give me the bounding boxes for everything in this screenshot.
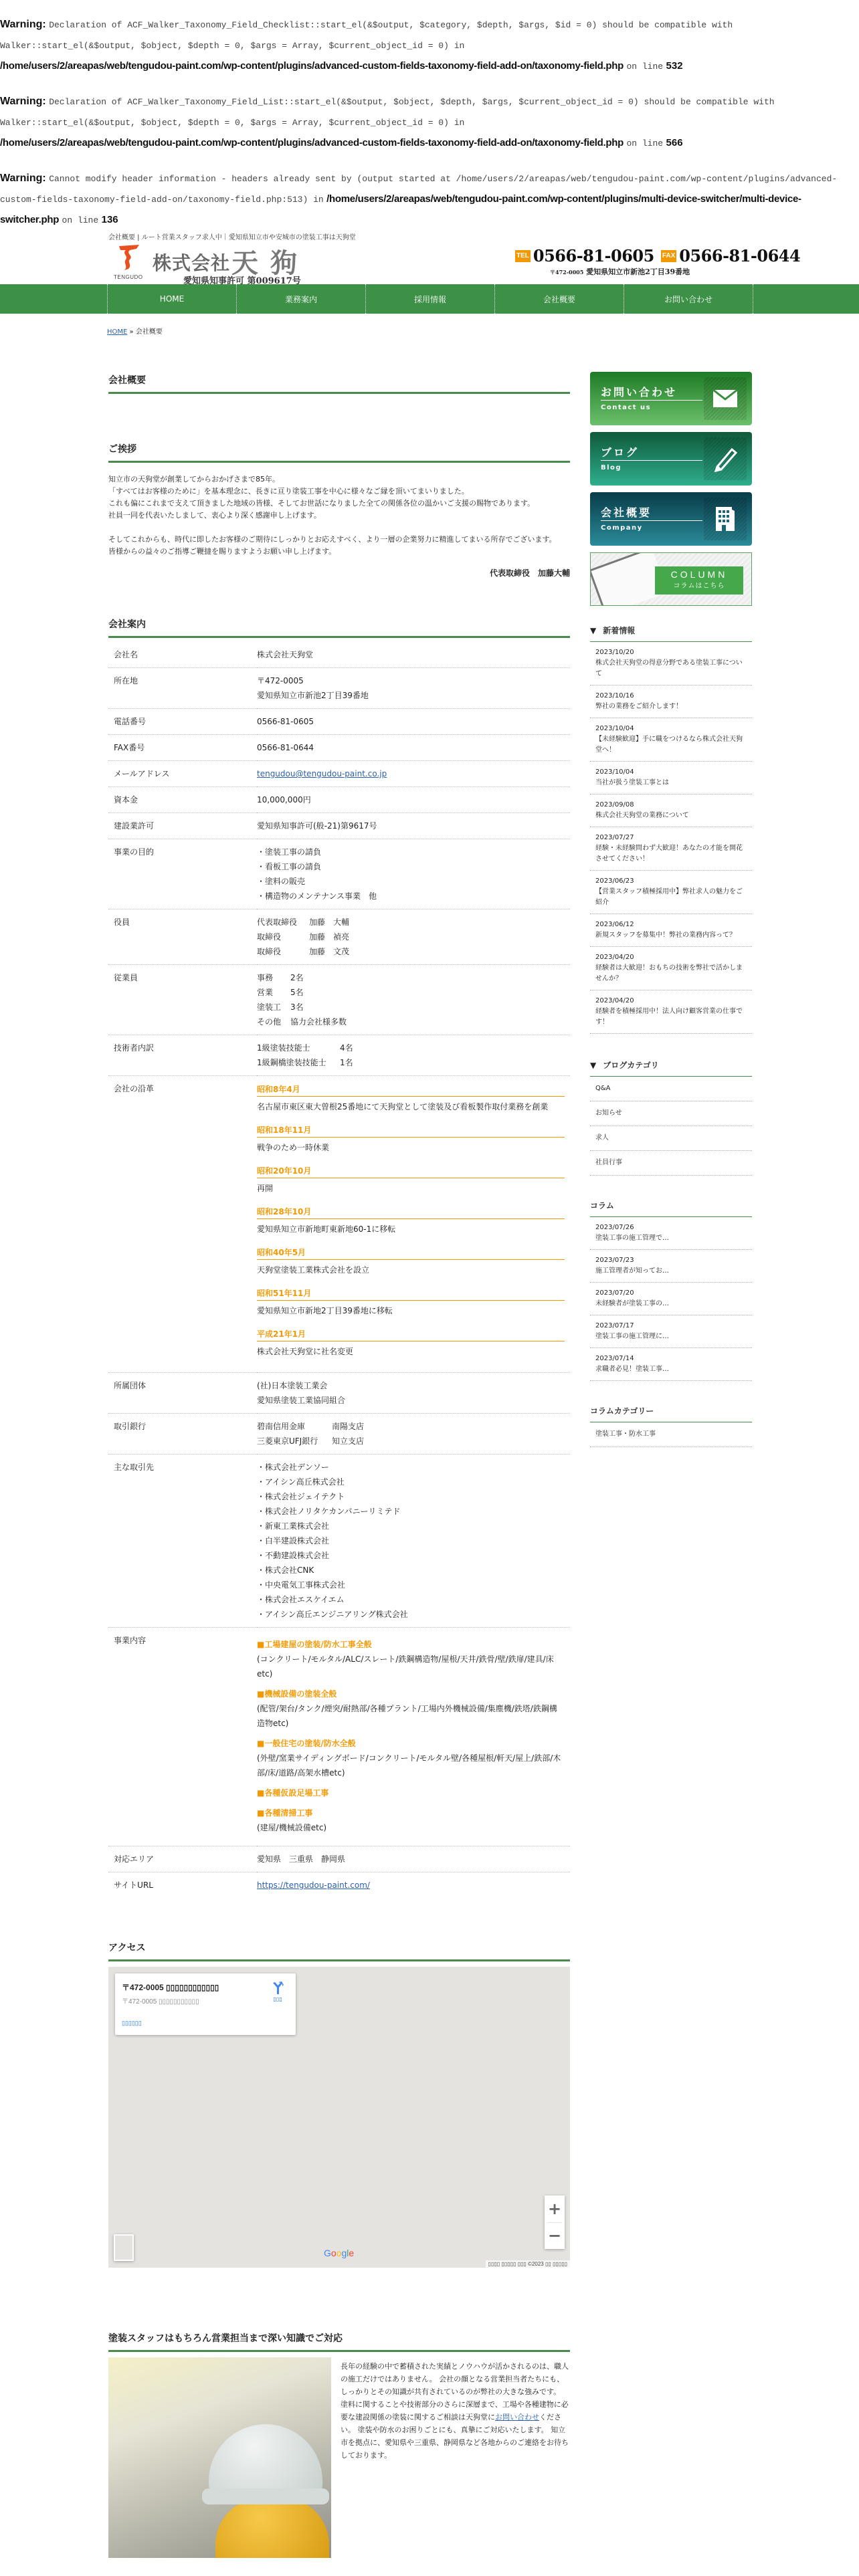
- column-item[interactable]: 2023/07/26塗装工事の施工管理で…: [590, 1217, 752, 1250]
- global-nav: HOME 業務案内 採用情報 会社概要 お問い合わせ: [0, 284, 859, 314]
- map-zoom-controls: + −: [545, 2195, 565, 2249]
- directions-button[interactable]: ▯▯▯: [268, 1981, 288, 2002]
- table-row: FAX番号 0566-81-0644: [108, 735, 570, 761]
- breadcrumb-home[interactable]: HOME: [107, 328, 127, 336]
- building-icon: [704, 498, 747, 540]
- sidebar: お問い合わせ Contact us ブログ Blog 会社概要 Company …: [590, 372, 752, 1447]
- helmet-photo: [108, 2357, 331, 2558]
- header-address: 〒472-0005 愛知県知立市新池2丁目39番地: [550, 266, 753, 277]
- news-item[interactable]: 2023/04/20経験者を積極採用中！法人向け顧客営業の仕事です！: [590, 990, 752, 1034]
- category-item[interactable]: Q&A: [590, 1077, 752, 1101]
- triangle-down-icon: ▼: [590, 626, 596, 635]
- staff-title: 塗装スタッフはもちろん営業担当まで深い知識でご対応: [108, 2331, 570, 2352]
- map-type-toggle[interactable]: [114, 2234, 134, 2261]
- google-map[interactable]: 〒472-0005 ▯▯▯▯▯▯▯▯▯▯▯▯ 〒472-0005 ▯▯▯▯▯▯▯…: [108, 1967, 570, 2268]
- staff-description: 長年の経験の中で蓄積された実績とノウハウが活かされるのは、職人の施工だけではあり…: [341, 2357, 570, 2558]
- column-item[interactable]: 2023/07/14求職者必見！塗装工事…: [590, 1348, 752, 1381]
- column-widget: コラム 2023/07/26塗装工事の施工管理で… 2023/07/23施工管理…: [590, 1196, 752, 1381]
- category-item[interactable]: 求人: [590, 1126, 752, 1151]
- php-warning: Warning: Cannot modify header informatio…: [0, 169, 859, 231]
- table-row: 取引銀行 碧南信用金庫南陽支店 三菱東京UFJ銀行知立支店: [108, 1414, 570, 1455]
- nav-home[interactable]: HOME: [107, 284, 236, 314]
- table-row: 主な取引先 ・株式会社デンソー ・アイシン高丘株式会社 ・株式会社ジェイテクト …: [108, 1455, 570, 1628]
- site-logo[interactable]: TENGUDO 株式会社 天狗堂 愛知県知事許可 第009617号: [110, 242, 337, 282]
- tel-badge: TEL: [515, 250, 531, 262]
- access-section: アクセス 〒472-0005 ▯▯▯▯▯▯▯▯▯▯▯▯ 〒472-0005 ▯▯…: [108, 1941, 570, 2268]
- greeting-body: 知立市の天狗堂が創業してからおかげさまで85年。 「すべてはお客様のために」を基…: [108, 473, 570, 558]
- pencil-icon: [704, 437, 747, 480]
- company-info-section: 会社案内 会社名 株式会社天狗堂 所在地 〒472-0005 愛知県知立市新池2…: [108, 617, 570, 1898]
- company-info-title: 会社案内: [108, 617, 570, 638]
- column-item[interactable]: 2023/07/17塗装工事の施工管理に…: [590, 1315, 752, 1348]
- column-categories-widget: コラムカテゴリー 塗装工事・防水工事: [590, 1401, 752, 1447]
- category-item[interactable]: お知らせ: [590, 1101, 752, 1126]
- staff-section: 塗装スタッフはもちろん営業担当まで深い知識でご対応 長年の経験の中で蓄積された実…: [108, 2331, 570, 2558]
- zoom-out-button[interactable]: −: [545, 2222, 565, 2249]
- greeting-title: ご挨拶: [108, 442, 570, 463]
- table-row: メールアドレス tengudou@tengudou-paint.co.jp: [108, 761, 570, 787]
- site-header: 会社概要 | ルート営業スタッフ求人中｜愛知県知立市や安城市の塗装工事は天狗堂 …: [107, 227, 753, 288]
- nav-services[interactable]: 業務案内: [236, 284, 365, 314]
- map-attribution: ▯▯▯▯ ▯▯▯▯▯ ▯▯▯ ©2023 ▯▯ ▯▯▯▯▯: [486, 2260, 570, 2268]
- main-content: 会社概要 ご挨拶 知立市の天狗堂が創業してからおかげさまで85年。 「すべてはお…: [108, 373, 570, 2558]
- news-item[interactable]: 2023/06/12新規スタッフを募集中！弊社の業務内容って？: [590, 914, 752, 947]
- page-title: 会社概要: [108, 373, 570, 394]
- column-item[interactable]: 2023/07/23施工管理者が知ってお…: [590, 1250, 752, 1283]
- table-row: 従業員 事務2名 営業5名 塗装工3名 その他協力会社様多数: [108, 965, 570, 1035]
- news-item[interactable]: 2023/10/04当社が扱う塗装工事とは: [590, 762, 752, 794]
- column-item[interactable]: 2023/07/20未経験者が塗装工事の…: [590, 1283, 752, 1315]
- zoom-in-button[interactable]: +: [545, 2195, 565, 2222]
- company-info-table: 会社名 株式会社天狗堂 所在地 〒472-0005 愛知県知立市新池2丁目39番…: [108, 642, 570, 1898]
- category-item[interactable]: 社員行事: [590, 1151, 752, 1176]
- category-item[interactable]: 塗装工事・防水工事: [590, 1422, 752, 1447]
- php-warnings: Warning: Declaration of ACF_Walker_Taxon…: [0, 15, 859, 245]
- table-row: 対応エリア 愛知県 三重県 静岡県: [108, 1846, 570, 1872]
- php-warning: Warning: Declaration of ACF_Walker_Taxon…: [0, 15, 859, 77]
- business-list: ■工場建屋の塗装/防水工事全般 (コンクリート/モルタル/ALC/スレート/鉄鋼…: [257, 1628, 570, 1846]
- greeting-signature: 代表取締役 加藤大輔: [108, 567, 570, 578]
- table-row: 資本金 10,000,000円: [108, 787, 570, 813]
- header-contact: TEL 0566-81-0605 FAX 0566-81-0644 〒472-0…: [515, 246, 753, 277]
- nav-recruit[interactable]: 採用情報: [365, 284, 494, 314]
- history-list: 昭和8年4月名古屋市東区東大曽根25番地にて天狗堂として塗装及び看板製作取付業務…: [257, 1076, 570, 1373]
- news-item[interactable]: 2023/06/23【営業スタッフ積極採用中】弊社求人の魅力をご紹介: [590, 871, 752, 914]
- table-row: 会社の沿革 昭和8年4月名古屋市東区東大曽根25番地にて天狗堂として塗装及び看板…: [108, 1076, 570, 1373]
- nav-company[interactable]: 会社概要: [494, 284, 624, 314]
- news-item[interactable]: 2023/10/20株式会社天狗堂の得意分野である塗装工事について: [590, 642, 752, 685]
- site-url-link[interactable]: https://tengudou-paint.com/: [257, 1881, 370, 1890]
- news-item[interactable]: 2023/09/08株式会社天狗堂の業務について: [590, 794, 752, 827]
- table-row: 会社名 株式会社天狗堂: [108, 642, 570, 668]
- blog-banner[interactable]: ブログ Blog: [590, 432, 752, 486]
- company-banner[interactable]: 会社概要 Company: [590, 492, 752, 546]
- envelope-icon: [704, 377, 747, 420]
- table-row: サイトURL https://tengudou-paint.com/: [108, 1872, 570, 1899]
- map-larger-link[interactable]: ▯▯▯▯▯▯: [122, 2020, 142, 2027]
- greeting-section: ご挨拶 知立市の天狗堂が創業してからおかげさまで85年。 「すべてはお客様のため…: [108, 442, 570, 578]
- table-row: 所属団体 (社)日本塗装工業会 愛知県塗装工業協同組合: [108, 1373, 570, 1414]
- contact-inline-link[interactable]: お問い合わせ: [495, 2413, 539, 2422]
- news-item[interactable]: 2023/04/20経験者は大歓迎！おもちの技術を弊社で活かしませんか？: [590, 947, 752, 990]
- php-warning: Warning: Declaration of ACF_Walker_Taxon…: [0, 92, 859, 154]
- news-item[interactable]: 2023/10/04【未経験歓迎】手に職をつけるなら株式会社天狗堂へ！: [590, 718, 752, 762]
- table-row: 役員 代表取締役加藤 大輔 取締役加藤 禎亮 取締役加藤 文茂: [108, 909, 570, 965]
- breadcrumb-current: 会社概要: [136, 328, 163, 336]
- breadcrumb: HOME » 会社概要: [107, 326, 163, 336]
- news-widget: ▼新着情報 2023/10/20株式会社天狗堂の得意分野である塗装工事について …: [590, 621, 752, 1034]
- header-tel[interactable]: 0566-81-0605: [533, 246, 654, 265]
- access-title: アクセス: [108, 1941, 570, 1961]
- table-row: 建設業許可 愛知県知事許可(般-21)第9617号: [108, 813, 570, 839]
- blog-categories-widget: ▼ブログカテゴリ Q&A お知らせ 求人 社員行事: [590, 1055, 752, 1176]
- header-fax: 0566-81-0644: [679, 246, 800, 265]
- email-link[interactable]: tengudou@tengudou-paint.co.jp: [257, 769, 387, 778]
- news-item[interactable]: 2023/07/27経験・未経験問わず大歓迎！あなたの才能を開花させてください！: [590, 827, 752, 871]
- tengu-logo-icon: [116, 242, 143, 272]
- table-row: 技術者内訳 1級塗装技能士4名 1級鋼橋塗装技能士1名: [108, 1035, 570, 1076]
- google-logo: Google: [324, 2248, 354, 2258]
- nav-contact[interactable]: お問い合わせ: [624, 284, 753, 314]
- triangle-down-icon: ▼: [590, 1061, 596, 1070]
- fax-badge: FAX: [661, 250, 676, 262]
- table-row: 電話番号 0566-81-0605: [108, 709, 570, 735]
- contact-banner[interactable]: お問い合わせ Contact us: [590, 372, 752, 425]
- column-banner[interactable]: COLUMN コラムはこちら: [590, 552, 752, 606]
- site-tagline: 会社概要 | ルート営業スタッフ求人中｜愛知県知立市や安城市の塗装工事は天狗堂: [108, 231, 356, 241]
- directions-icon: [272, 1981, 284, 1995]
- news-item[interactable]: 2023/10/16弊社の業務をご紹介します！: [590, 685, 752, 718]
- table-row: 事業の目的 ・塗装工事の請負 ・看板工事の請負 ・塗料の販売 ・構造物のメンテナ…: [108, 839, 570, 909]
- table-row: 所在地 〒472-0005 愛知県知立市新池2丁目39番地: [108, 668, 570, 709]
- table-row: 事業内容 ■工場建屋の塗装/防水工事全般 (コンクリート/モルタル/ALC/スレ…: [108, 1628, 570, 1846]
- map-place-card: 〒472-0005 ▯▯▯▯▯▯▯▯▯▯▯▯ 〒472-0005 ▯▯▯▯▯▯▯…: [115, 1973, 296, 2035]
